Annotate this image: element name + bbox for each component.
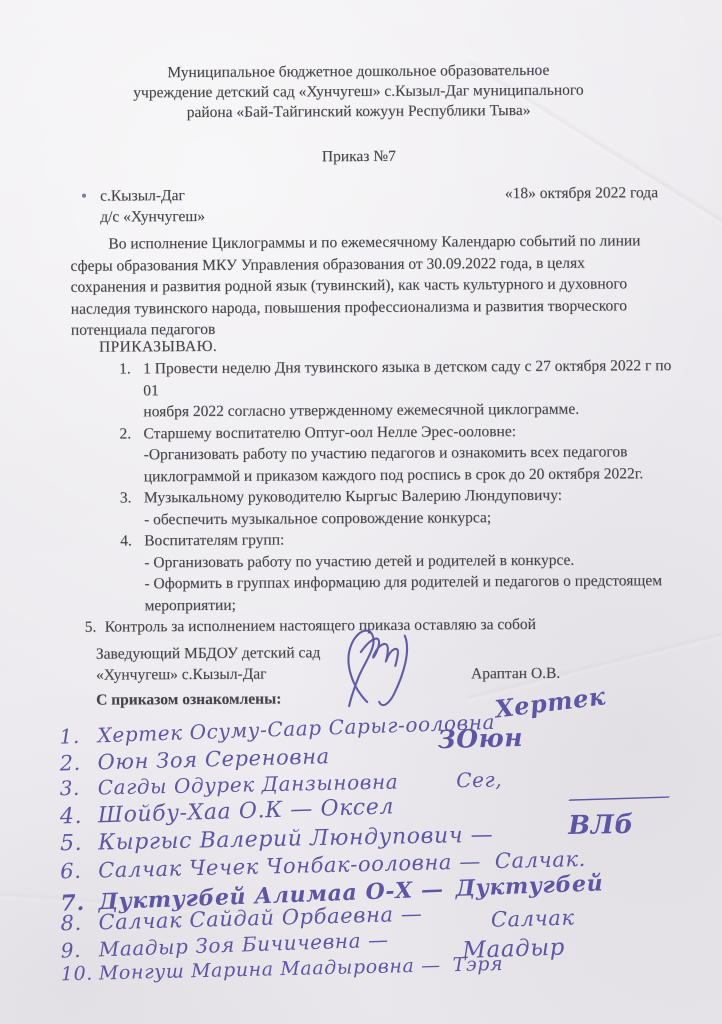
ack-row-number: 8. — [60, 910, 99, 935]
place-line-1: с.Кызыл-Даг — [100, 185, 205, 207]
ack-row-number: 10. — [61, 962, 100, 985]
signoff-block: Заведующий МБДОУ детский сад «Хунчугеш» … — [96, 640, 663, 685]
place-block: с.Кызыл-Даг д/с «Хунчугеш» — [100, 185, 205, 228]
doc-title: Приказ №7 — [0, 146, 720, 168]
order-item-text: Музыкальному руководителю Кыргыс Валерию… — [144, 484, 682, 530]
ack-row-number: 2. — [59, 750, 98, 775]
director-signature-icon — [331, 619, 452, 720]
order-item-number: 1. — [119, 358, 143, 423]
ack-row-signature: ЗОюн — [437, 723, 523, 754]
org-name-line-3: района «Бай-Тайгинский кожуун Республики… — [28, 100, 690, 124]
ack-row-signature: Тэря — [452, 953, 503, 976]
order-item-number: 3. — [120, 487, 144, 530]
order-item-number: 2. — [119, 423, 143, 488]
ack-row-number: 3. — [59, 775, 97, 800]
ack-row-number: 5. — [60, 830, 98, 856]
order-item-number: 5. — [85, 617, 105, 639]
signer-name: Араптан О.В. — [471, 663, 560, 685]
order-list: 1. 1 Провести неделю Дня тувинского язык… — [119, 355, 683, 638]
ack-row-signature: Сег, — [456, 767, 502, 792]
order-item-1: 1. 1 Провести неделю Дня тувинского язык… — [119, 355, 681, 423]
ack-row-name: Оюн Зоя Сереновна — [97, 744, 330, 774]
pen-dot-mark — [82, 194, 86, 198]
ack-row-signature: ВЛб — [568, 810, 634, 841]
order-item-4: 4. Воспитателям групп: - Организовать ра… — [120, 527, 683, 616]
org-header: Муниципальное бюджетное дошкольное образ… — [27, 60, 689, 124]
order-item-3: 3. Музыкальному руководителю Кыргыс Вале… — [120, 484, 682, 530]
doc-date: «18» октября 2022 года — [505, 182, 658, 225]
order-item-2: 2. Старшему воспитателю Оптуг-оол Нелле … — [119, 420, 681, 488]
ack-heading: С приказом ознакомлены: — [96, 690, 281, 709]
ack-row-number: 9. — [60, 937, 99, 962]
place-line-2: д/с «Хунчугеш» — [100, 206, 205, 228]
scanned-document-page: Муниципальное бюджетное дошкольное образ… — [0, 0, 722, 1024]
order-item-number: 4. — [120, 530, 145, 616]
ack-row-signature: Салчак. — [495, 847, 587, 873]
order-heading: ПРИКАЗЫВАЮ. — [99, 338, 217, 357]
ack-row-pen-stroke: — — [564, 784, 678, 812]
preamble-paragraph: Во исполнение Циклограммы и по ежемесячн… — [70, 230, 663, 341]
order-item-text: Воспитателям групп: - Организовать работ… — [144, 527, 683, 616]
ack-row-number: 1. — [59, 723, 98, 748]
ack-row-signature: Хертек — [493, 681, 607, 723]
meta-row: с.Кызыл-Даг д/с «Хунчугеш» «18» октября … — [100, 182, 658, 227]
ack-row-number: 6. — [60, 858, 99, 883]
order-item-text: Старшему воспитателю Оптуг-оол Нелле Эре… — [143, 420, 681, 488]
order-item-text: 1 Провести неделю Дня тувинского языка в… — [143, 355, 681, 423]
